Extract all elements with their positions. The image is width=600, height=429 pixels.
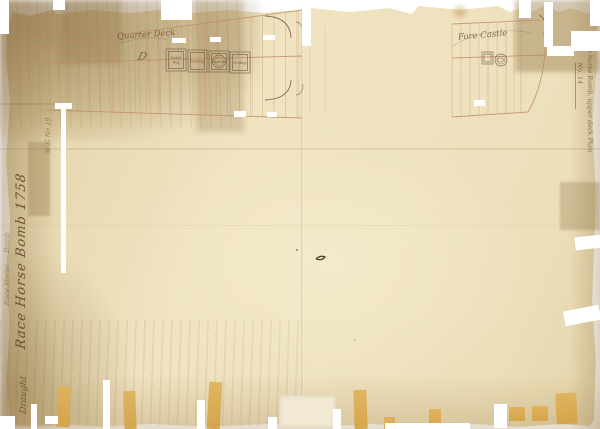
paper-loss <box>263 35 275 40</box>
paper-loss <box>333 409 341 429</box>
paper-loss <box>385 423 470 429</box>
scanned-ship-plan: Race Horse Bomb 1758 Race Horse — Bomb W… <box>0 0 600 429</box>
paper-loss <box>519 0 531 18</box>
deck-plan-linework <box>0 0 600 429</box>
paper-loss <box>474 100 485 106</box>
left-margin-title: Race Horse Bomb 1758 <box>14 136 29 350</box>
ink-blot <box>296 249 355 340</box>
repair-tape-strip <box>555 392 578 424</box>
repair-tape-strip <box>56 386 70 427</box>
paper-loss <box>197 400 205 429</box>
bottom-left-note: Draught <box>19 355 29 415</box>
paper-loss <box>574 235 600 251</box>
right-margin-note: Race horse Bomb, upper deck Plan <box>586 36 594 187</box>
paper-loss <box>267 112 277 117</box>
left-margin-secondary-title: Race Horse — Bomb <box>3 153 11 306</box>
paper-loss <box>53 0 65 10</box>
paper-loss <box>0 416 15 429</box>
paper-loss <box>172 38 186 43</box>
paper-loss <box>571 31 600 51</box>
hatch-label: Grating <box>232 54 249 72</box>
paper-loss <box>268 417 277 429</box>
repair-tape-strip <box>353 390 367 429</box>
paper-loss <box>103 380 110 429</box>
paper-loss <box>494 404 507 428</box>
paper-loss <box>547 46 574 56</box>
hatch-label: Grating <box>189 52 205 71</box>
paper-loss <box>161 0 192 20</box>
hatch-label: Capstan <box>211 53 228 71</box>
paper-loss <box>45 416 58 424</box>
paper-loss <box>544 2 553 47</box>
paper-loss <box>31 404 37 429</box>
left-margin-catalog-mark: W G No 19 <box>44 123 52 154</box>
repair-tape-strip <box>207 382 222 429</box>
right-margin-number: No. 14 <box>575 62 584 109</box>
paper-loss <box>234 111 246 117</box>
repair-tape-strip <box>123 391 136 429</box>
paper-loss <box>590 0 600 26</box>
hatch-label: Hatch Way <box>168 51 185 70</box>
repair-tape-strip <box>532 406 548 421</box>
repair-tape-strip <box>509 407 525 421</box>
paper-loss <box>0 0 9 34</box>
paper-loss <box>210 37 221 42</box>
paper-loss <box>61 108 66 273</box>
paper-loss <box>302 0 311 46</box>
